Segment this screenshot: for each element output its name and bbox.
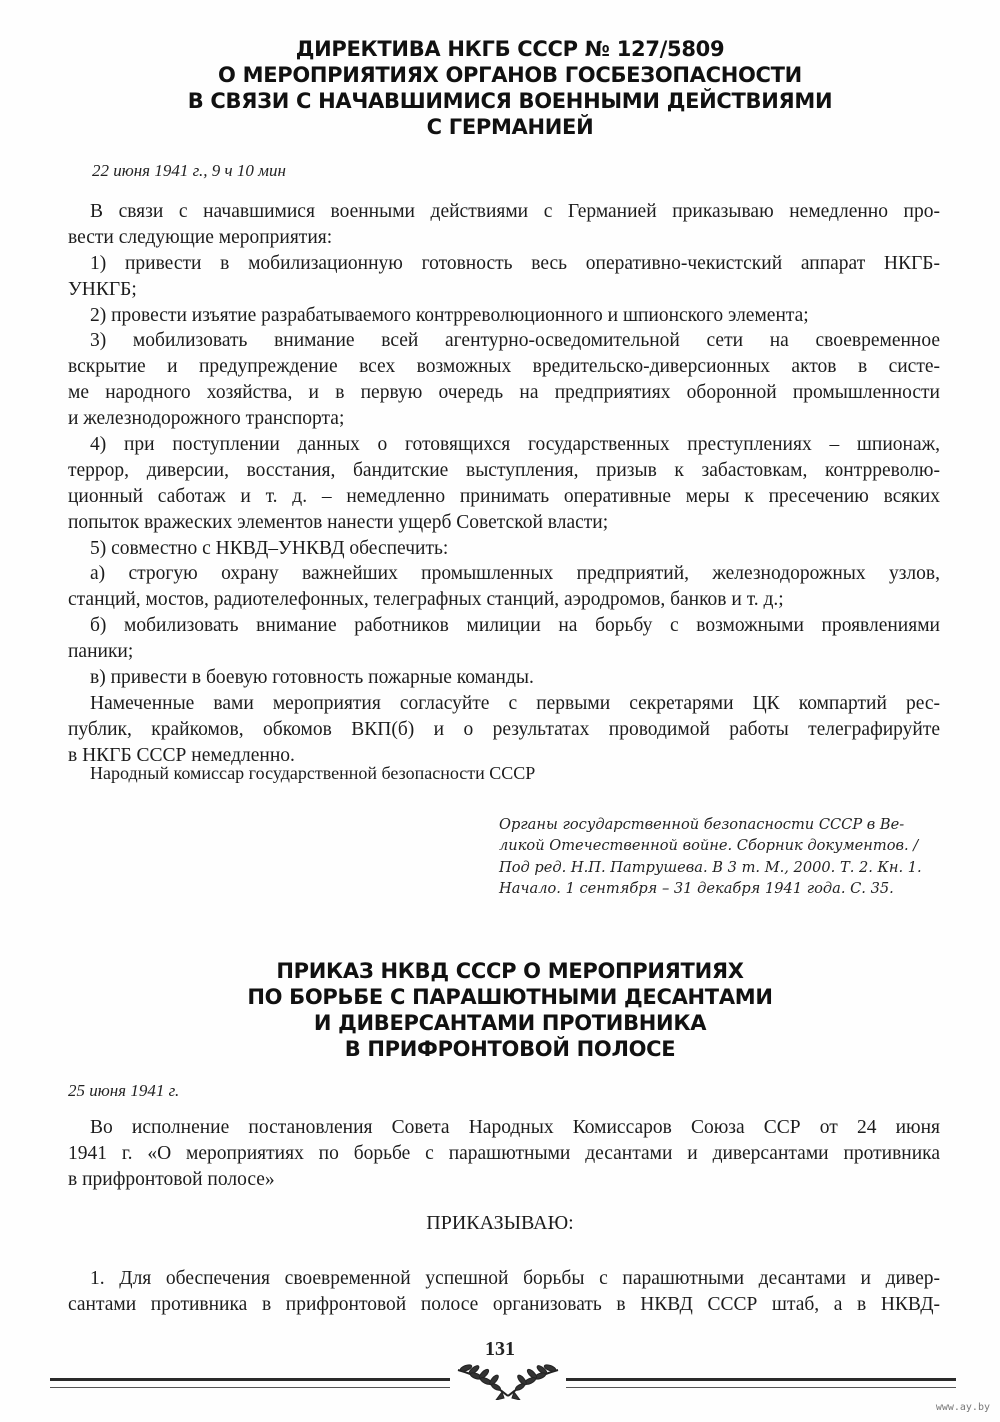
body-line: б) мобилизовать внимание работников мили… <box>68 613 940 639</box>
citation-line: ликой Отечественной войне. Сборник докум… <box>499 835 919 856</box>
order-items: 1. Для обеспечения своевременной успешно… <box>68 1266 940 1318</box>
body-line: вести следующие мероприятия: <box>68 225 940 251</box>
laurel-branches-icon <box>452 1358 564 1400</box>
order-title-line: И ДИВЕРСАНТАМИ ПРОТИВНИКА <box>150 1010 870 1036</box>
directive-body: В связи с начавшимися военными действиям… <box>68 199 940 769</box>
order-title-line: В ПРИФРОНТОВОЙ ПОЛОСЕ <box>150 1036 870 1062</box>
body-line: станций, мостов, радиотелефонных, телегр… <box>68 587 940 613</box>
body-line: террор, диверсии, восстания, бандитские … <box>68 458 940 484</box>
order-intro: Во исполнение постановления Совета Народ… <box>68 1115 940 1193</box>
directive-title-line: В СВЯЗИ С НАЧАВШИМИСЯ ВОЕННЫМИ ДЕЙСТВИЯМ… <box>150 88 870 114</box>
book-page: ДИРЕКТИВА НКГБ СССР № 127/5809 О МЕРОПРИ… <box>0 0 1000 1422</box>
intro-line: в прифронтовой полосе» <box>68 1167 940 1193</box>
body-line: 5) совместно с НКВД–УНКВД обеспечить: <box>68 536 940 562</box>
order-title-line: ПРИКАЗ НКВД СССР О МЕРОПРИЯТИЯХ <box>150 958 870 984</box>
directive-date: 22 июня 1941 г., 9 ч 10 мин <box>92 161 286 181</box>
footer-rule-left <box>50 1378 450 1388</box>
intro-line: 1941 г. «О мероприятиях по борьбе с пара… <box>68 1141 940 1167</box>
order-declaration: ПРИКАЗЫВАЮ: <box>0 1212 1000 1235</box>
body-line: Намеченные вами мероприятия согласуйте с… <box>68 691 940 717</box>
signature-title: Народный комиссар государственной безопа… <box>90 763 535 784</box>
item-line: сантами противника в прифронтовой полосе… <box>68 1292 940 1318</box>
body-line: в) привести в боевую готовность пожарные… <box>68 665 940 691</box>
citation-line: Органы государственной безопасности СССР… <box>499 814 919 835</box>
directive-title-line: ДИРЕКТИВА НКГБ СССР № 127/5809 <box>150 36 870 62</box>
body-line: публик, крайкомов, обкомов ВКП(б) и о ре… <box>68 717 940 743</box>
citation-line: Под ред. Н.П. Патрушева. В 3 т. М., 2000… <box>499 857 919 878</box>
source-citation: Органы государственной безопасности СССР… <box>499 814 919 900</box>
directive-title-line: О МЕРОПРИЯТИЯХ ОРГАНОВ ГОСБЕЗОПАСНОСТИ <box>150 62 870 88</box>
body-line: вскрытие и предупреждение всех возможных… <box>68 354 940 380</box>
body-line: 4) при поступлении данных о готовящихся … <box>68 432 940 458</box>
order-title: ПРИКАЗ НКВД СССР О МЕРОПРИЯТИЯХ ПО БОРЬБ… <box>150 958 870 1062</box>
body-line: УНКГБ; <box>68 277 940 303</box>
body-line: а) строгую охрану важнейших промышленных… <box>68 561 940 587</box>
citation-line: Начало. 1 сентября – 31 декабря 1941 год… <box>499 878 919 899</box>
body-line: 3) мобилизовать внимание всей агентурно-… <box>68 328 940 354</box>
body-line: ме народного хозяйства, и в первую очере… <box>68 380 940 406</box>
body-line: 1) привести в мобилизационную готовность… <box>68 251 940 277</box>
site-watermark: www.ay.by <box>936 1402 990 1413</box>
body-line: В связи с начавшимися военными действиям… <box>68 199 940 225</box>
body-line: и железнодорожного транспорта; <box>68 406 940 432</box>
order-title-line: ПО БОРЬБЕ С ПАРАШЮТНЫМИ ДЕСАНТАМИ <box>150 984 870 1010</box>
body-line: попыток вражеских элементов нанести ущер… <box>68 510 940 536</box>
body-line: ционный саботаж и т. д. – немедленно при… <box>68 484 940 510</box>
item-line: 1. Для обеспечения своевременной успешно… <box>68 1266 940 1292</box>
body-line: 2) провести изъятие разрабатываемого кон… <box>68 303 940 329</box>
intro-line: Во исполнение постановления Совета Народ… <box>68 1115 940 1141</box>
directive-title: ДИРЕКТИВА НКГБ СССР № 127/5809 О МЕРОПРИ… <box>150 36 870 140</box>
order-date: 25 июня 1941 г. <box>68 1081 179 1101</box>
body-line: паники; <box>68 639 940 665</box>
directive-title-line: С ГЕРМАНИЕЙ <box>150 114 870 140</box>
footer-rule-right <box>566 1378 956 1388</box>
